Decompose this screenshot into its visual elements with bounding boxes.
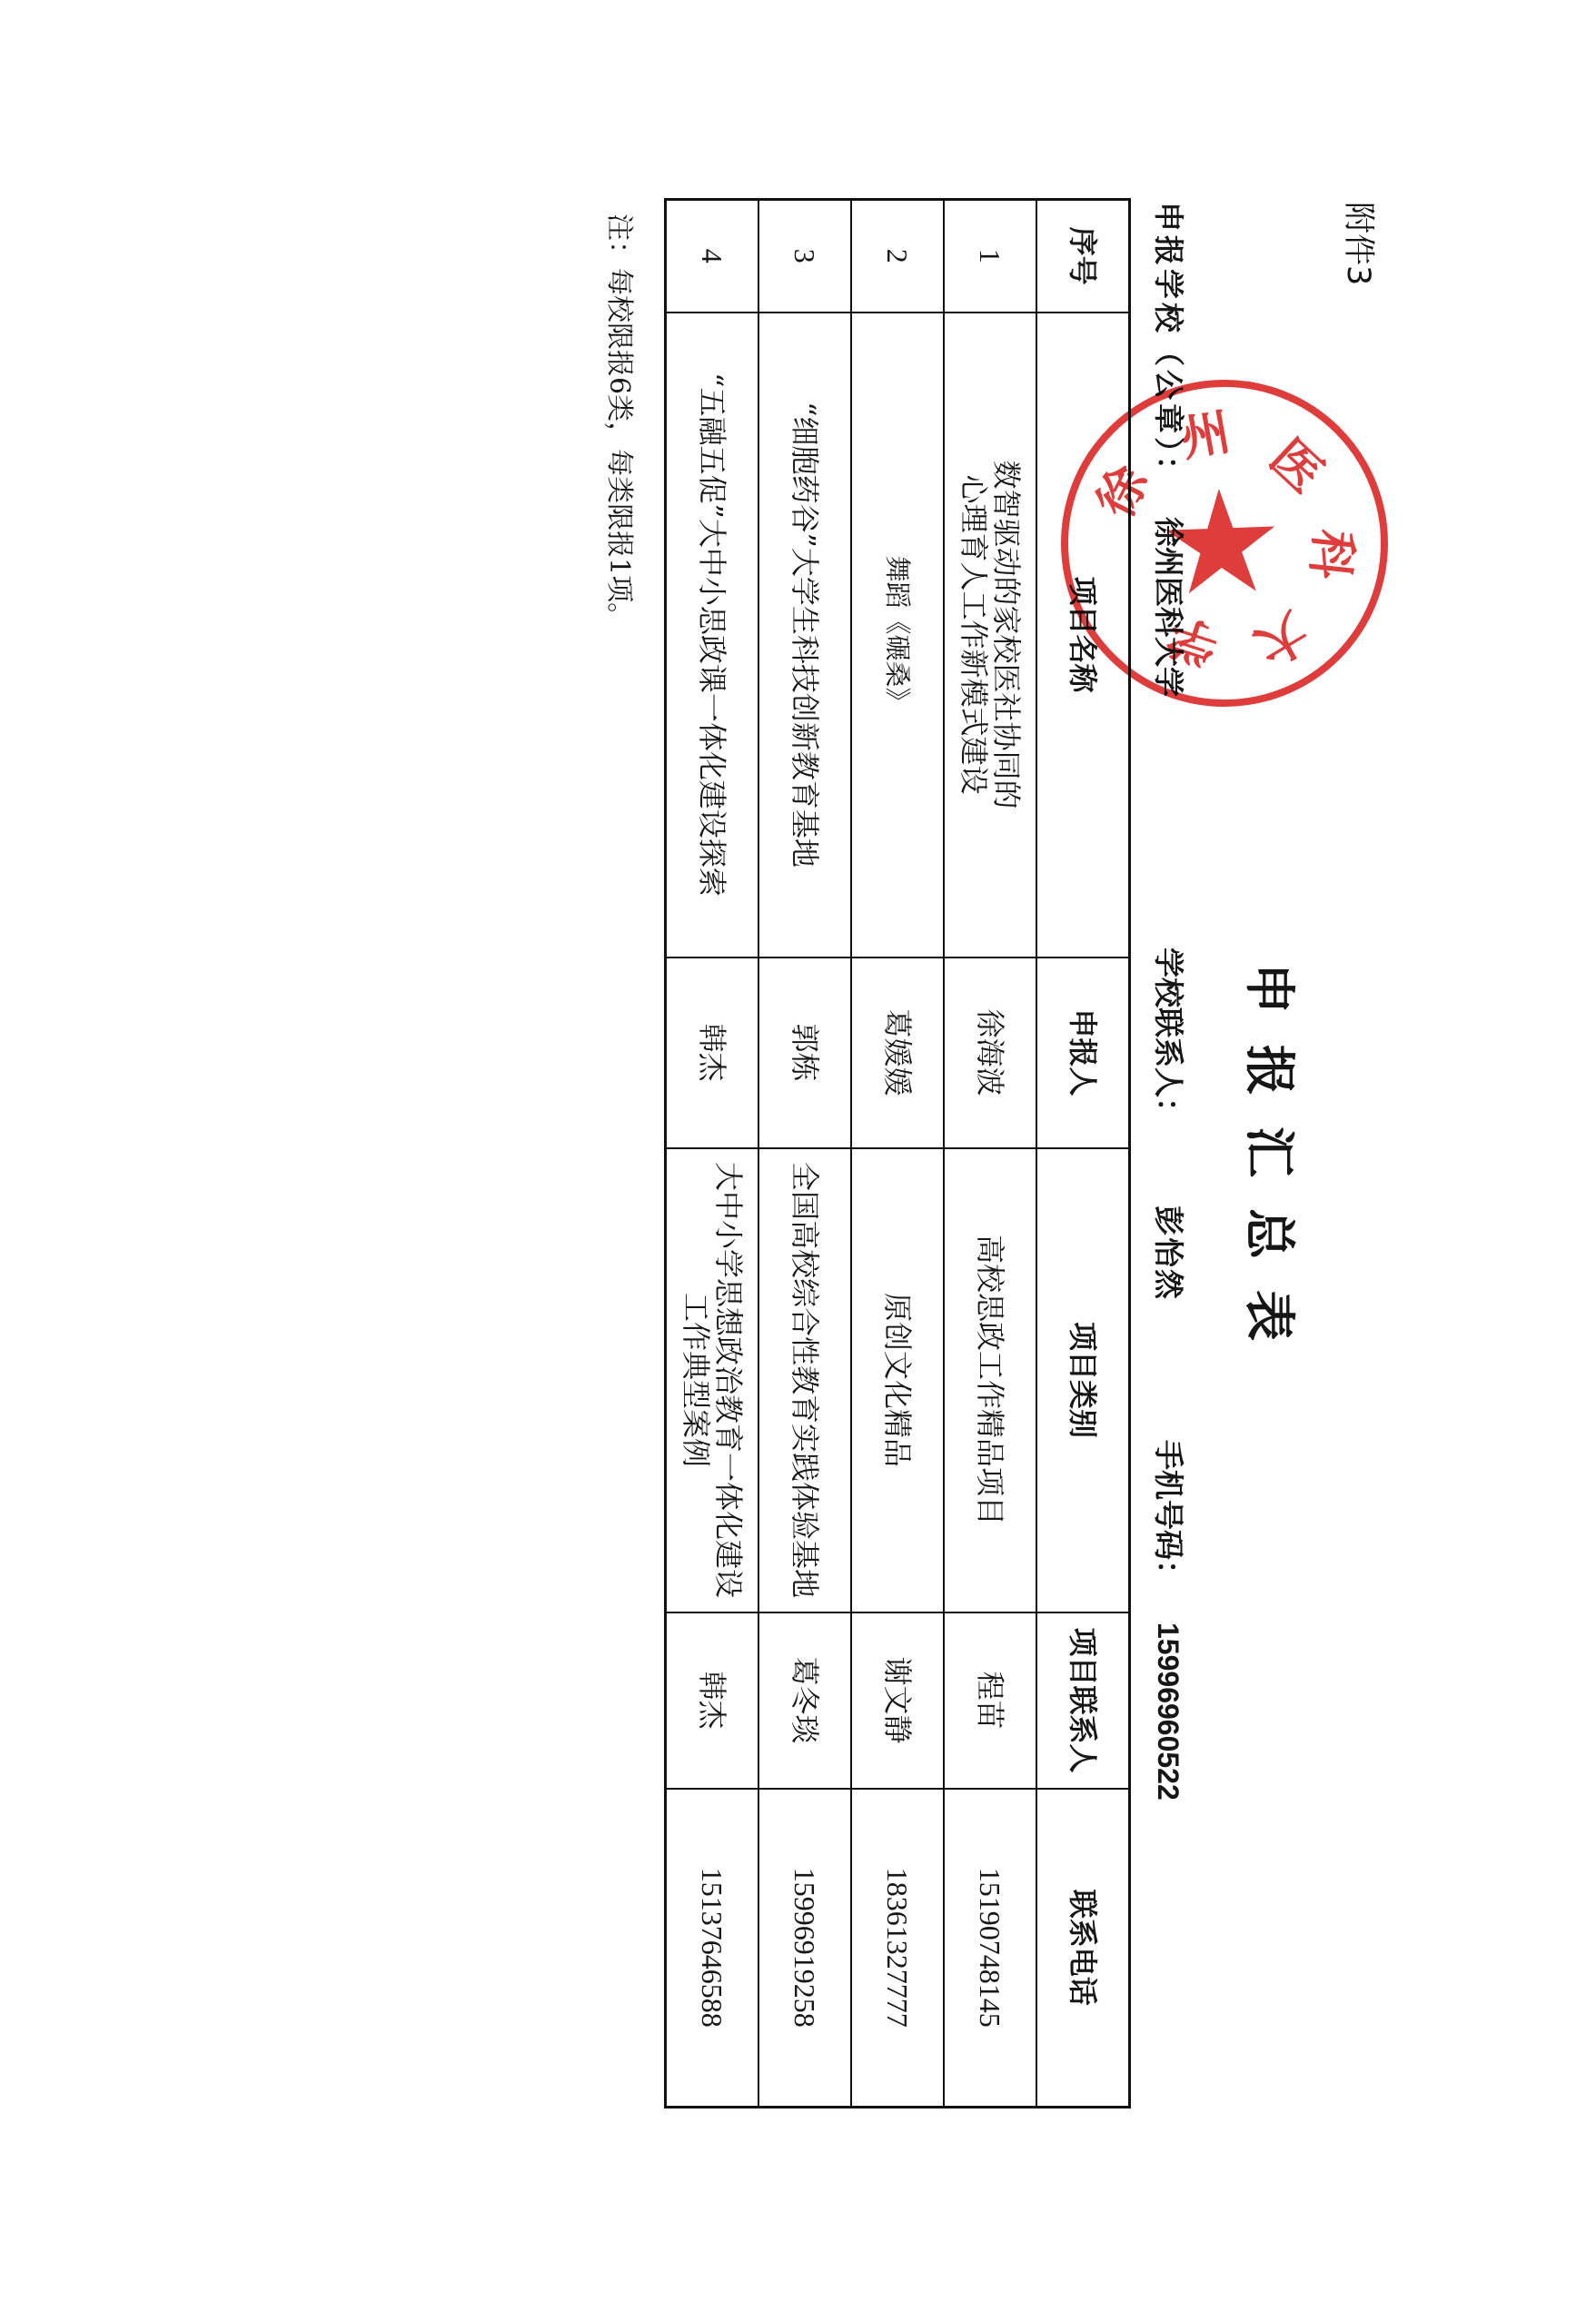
table-row: 4 “五融五促”大中小思政课一体化建设探索 韩杰 大中小学思想政治教育一体化建设…	[666, 200, 759, 2108]
column-header-category: 项目类别	[1036, 1148, 1130, 1612]
cell-applicant: 葛媛媛	[851, 958, 944, 1148]
cell-project-name: 舞蹈《碾桑》	[851, 313, 944, 958]
column-header-project-contact: 项目联系人	[1036, 1612, 1130, 1789]
cell-phone: 15137646588	[666, 1789, 759, 2108]
cell-category: 大中小学思想政治教育一体化建设 工作典型案例	[666, 1148, 759, 1612]
mobile-label: 手机号码：	[1151, 1440, 1185, 1590]
cell-category: 高校思政工作精品项目	[944, 1148, 1036, 1612]
cell-applicant: 郭栋	[758, 958, 851, 1148]
table-row: 1 数智驱动的家校医社协同的 心理育人工作新模式建设 徐海波 高校思政工作精品项…	[944, 200, 1036, 2108]
attachment-label: 附件3	[1342, 202, 1374, 285]
cell-project-contact: 葛冬琰	[758, 1612, 851, 1789]
document-scan: 附件3 申报汇总表 申报学校（公章）： 徐州医科大学 学校联系人： 彭怡然 手机…	[0, 0, 1596, 2302]
cell-project-name: “细胞药谷”大学生科技创新教育基地	[758, 313, 851, 958]
cell-phone: 18361327777	[851, 1789, 944, 2108]
cell-no: 4	[666, 200, 759, 313]
table-row: 2 舞蹈《碾桑》 葛媛媛 原创文化精品 谢文静 18361327777	[851, 200, 944, 2108]
cell-applicant: 韩杰	[666, 958, 759, 1148]
table-row: 3 “细胞药谷”大学生科技创新教育基地 郭栋 全国高校综合性教育实践体验基地 葛…	[758, 200, 851, 2108]
table-header-row: 序号 项目名称 申报人 项目类别 项目联系人 联系电话	[1036, 200, 1130, 2108]
column-header-applicant: 申报人	[1036, 958, 1130, 1148]
school-label: 申报学校（公章）：	[1151, 202, 1185, 490]
page-title: 申报汇总表	[1242, 963, 1296, 1372]
footnote: 注：每校限报6类，每类限报1项。	[604, 213, 633, 630]
cell-project-name: 数智驱动的家校医社协同的 心理育人工作新模式建设	[944, 313, 1036, 958]
mobile-number: 15996960522	[1151, 1622, 1185, 1801]
cell-category: 原创文化精品	[851, 1148, 944, 1612]
landscape-page: 附件3 申报汇总表 申报学校（公章）： 徐州医科大学 学校联系人： 彭怡然 手机…	[0, 0, 1596, 2302]
cell-project-contact: 韩杰	[666, 1612, 759, 1789]
cell-project-contact: 程苗	[944, 1612, 1036, 1789]
cell-phone: 15190748145	[944, 1789, 1036, 2108]
cell-category: 全国高校综合性教育实践体验基地	[758, 1148, 851, 1612]
school-name: 徐州医科大学	[1151, 517, 1185, 697]
column-header-phone: 联系电话	[1036, 1789, 1130, 2108]
cell-no: 1	[944, 200, 1036, 313]
column-header-project-name: 项目名称	[1036, 313, 1130, 958]
cell-project-name: “五融五促”大中小思政课一体化建设探索	[666, 313, 759, 958]
summary-table: 序号 项目名称 申报人 项目类别 项目联系人 联系电话 1 数智驱动的家校医社协…	[664, 198, 1131, 2109]
cell-project-contact: 谢文静	[851, 1612, 944, 1789]
school-contact-label: 学校联系人：	[1151, 948, 1185, 1127]
cell-no: 3	[758, 200, 851, 313]
cell-phone: 15996919258	[758, 1789, 851, 2108]
column-header-no: 序号	[1036, 200, 1130, 313]
cell-no: 2	[851, 200, 944, 313]
school-contact-name: 彭怡然	[1151, 1206, 1185, 1301]
cell-applicant: 徐海波	[944, 958, 1036, 1148]
